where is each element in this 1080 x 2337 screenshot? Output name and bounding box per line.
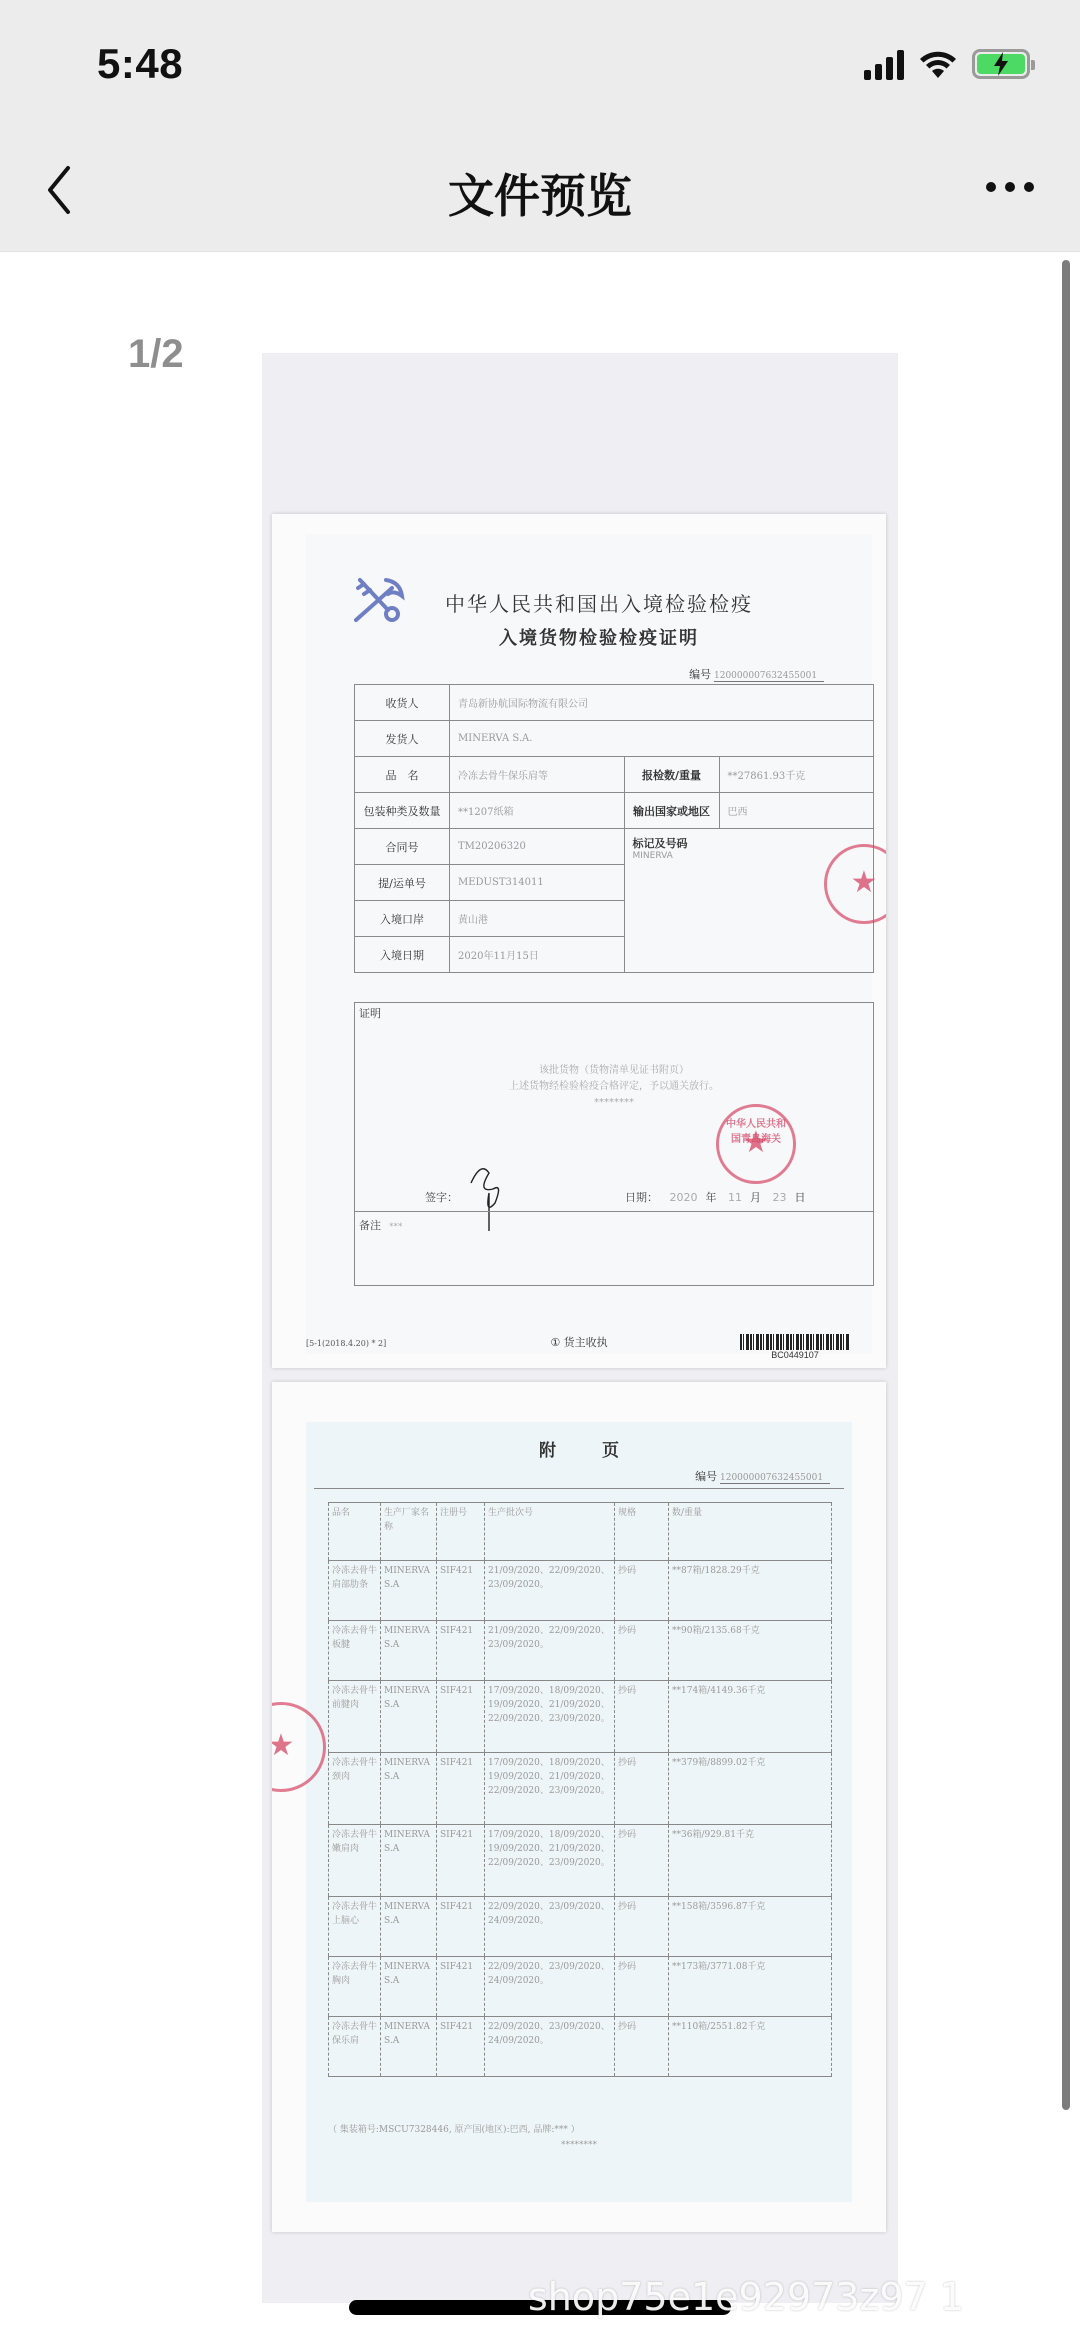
issue-date: 日期： 2020年 11月 23日 xyxy=(625,1189,806,1205)
column-header: 规格 xyxy=(615,1503,669,1561)
cell-batch: 22/09/2020、23/09/2020、24/09/2020。 xyxy=(485,1957,615,2017)
quantity-value: **27861.93千克 xyxy=(719,757,874,793)
cell-maker: MINERVA S.A xyxy=(381,1621,437,1681)
cell-name: 冷冻去骨牛颈肉 xyxy=(329,1753,381,1825)
column-header: 数/重量 xyxy=(669,1503,832,1561)
cell-name: 冷冻去骨牛保乐肩 xyxy=(329,2017,381,2077)
status-time: 5:48 xyxy=(97,40,183,88)
certificate-title-line2: 入境货物检验检疫证明 xyxy=(306,624,872,650)
cell-reg: SIF421 xyxy=(437,1957,485,2017)
official-stamp: 中华人民共和国青岛海关 ★ xyxy=(716,1104,796,1184)
wifi-icon xyxy=(918,48,958,80)
consignee-value: 青岛新协航国际物流有限公司 xyxy=(450,685,874,721)
vertical-scrollbar[interactable] xyxy=(1062,260,1070,2110)
table-row: 冷冻去骨牛胸肉MINERVA S.ASIF42122/09/2020、23/09… xyxy=(329,1957,832,2017)
cell-spec: 抄码 xyxy=(615,1957,669,2017)
cell-reg: SIF421 xyxy=(437,2017,485,2077)
signature-mark xyxy=(467,1153,507,1233)
cell-maker: MINERVA S.A xyxy=(381,1825,437,1897)
more-options-button[interactable] xyxy=(986,182,1034,192)
table-row: 冷冻去骨牛颈肉MINERVA S.ASIF42117/09/2020、18/09… xyxy=(329,1753,832,1825)
certification-box: 证明 该批货物（货物清单见证书附页） 上述货物经检验检疫合格评定，予以通关放行。… xyxy=(354,1002,874,1286)
cell-maker: MINERVA S.A xyxy=(381,1561,437,1621)
certificate-serial: 编号 120000007632455001 xyxy=(689,666,824,682)
cell-reg: SIF421 xyxy=(437,1561,485,1621)
cell-maker: MINERVA S.A xyxy=(381,1681,437,1753)
appendix-title: 附页 xyxy=(306,1436,852,1461)
cell-qty: **87箱/1828.29千克 xyxy=(669,1561,832,1621)
column-header: 生产批次号 xyxy=(485,1503,615,1561)
appendix-sheet: 附页 编号 120000007632455001 品名生产厂家名称注册号生产批次… xyxy=(306,1422,852,2202)
product-value: 冷冻去骨牛保乐肩等 xyxy=(450,757,625,793)
document-page-2: 附页 编号 120000007632455001 品名生产厂家名称注册号生产批次… xyxy=(272,1382,886,2232)
cell-batch: 21/09/2020、22/09/2020、23/09/2020。 xyxy=(485,1621,615,1681)
top-bar: 5:48 文件预览 xyxy=(0,0,1080,252)
bill-value: MEDUST314011 xyxy=(450,865,625,901)
cell-qty: **173箱/3771.08千克 xyxy=(669,1957,832,2017)
table-row: 冷冻去骨牛板腱MINERVA S.ASIF42121/09/2020、22/09… xyxy=(329,1621,832,1681)
cell-name: 冷冻去骨牛上脑心 xyxy=(329,1897,381,1957)
barcode-icon xyxy=(740,1334,850,1350)
cell-reg: SIF421 xyxy=(437,1621,485,1681)
cell-maker: MINERVA S.A xyxy=(381,1957,437,2017)
official-stamp-partial: ★ xyxy=(236,1702,326,1792)
table-row: 冷冻去骨牛保乐肩MINERVA S.ASIF42122/09/2020、23/0… xyxy=(329,2017,832,2077)
appendix-serial: 编号 120000007632455001 xyxy=(695,1468,830,1484)
packaging-value: **1207纸箱 xyxy=(450,793,625,829)
cell-maker: MINERVA S.A xyxy=(381,1897,437,1957)
cell-spec: 抄码 xyxy=(615,1561,669,1621)
cellular-signal-icon xyxy=(864,48,904,80)
battery-charging-icon xyxy=(972,49,1030,79)
page-indicator: 1/2 xyxy=(128,332,184,377)
cell-qty: **36箱/929.81千克 xyxy=(669,1825,832,1897)
cell-maker: MINERVA S.A xyxy=(381,2017,437,2077)
cell-spec: 抄码 xyxy=(615,1897,669,1957)
cell-reg: SIF421 xyxy=(437,1897,485,1957)
cell-name: 冷冻去骨牛板腱 xyxy=(329,1621,381,1681)
port-value: 黄山港 xyxy=(450,901,625,937)
more-horizontal-icon xyxy=(986,182,996,192)
cell-qty: **110箱/2551.82千克 xyxy=(669,2017,832,2077)
star-icon: ★ xyxy=(268,1728,295,1763)
cell-qty: **174箱/4149.36千克 xyxy=(669,1681,832,1753)
cell-batch: 22/09/2020、23/09/2020、24/09/2020。 xyxy=(485,1897,615,1957)
certificate-title-line1: 中华人民共和国出入境检验检疫 xyxy=(306,588,872,617)
cell-reg: SIF421 xyxy=(437,1681,485,1753)
contract-value: TM20206320 xyxy=(450,829,625,865)
cell-spec: 抄码 xyxy=(615,1753,669,1825)
column-header: 品名 xyxy=(329,1503,381,1561)
certification-text: 该批货物（货物清单见证书附页） 上述货物经检验检疫合格评定，予以通关放行。 **… xyxy=(355,1063,873,1111)
cell-batch: 22/09/2020、23/09/2020、24/09/2020。 xyxy=(485,2017,615,2077)
appendix-note: （ 集装箱号:MSCU7328446, 原产国(地区):巴西, 品牌:*** ） xyxy=(328,2122,580,2135)
certificate-sheet: 中华人民共和国出入境检验检疫 入境货物检验检疫证明 编号 12000000763… xyxy=(306,534,872,1354)
column-header: 生产厂家名称 xyxy=(381,1503,437,1561)
page-title: 文件预览 xyxy=(0,160,1080,226)
cell-reg: SIF421 xyxy=(437,1753,485,1825)
entry-date-value: 2020年11月15日 xyxy=(450,937,625,973)
cell-batch: 17/09/2020、18/09/2020、19/09/2020、21/09/2… xyxy=(485,1825,615,1897)
table-row: 冷冻去骨牛前腱肉MINERVA S.ASIF42117/09/2020、18/0… xyxy=(329,1681,832,1753)
signature-label: 签字： xyxy=(425,1189,458,1205)
watermark-text: shop75e1e92973z97 1 xyxy=(528,2275,964,2319)
cell-name: 冷冻去骨牛胸肉 xyxy=(329,1957,381,2017)
cell-qty: **379箱/8899.02千克 xyxy=(669,1753,832,1825)
remark: 备注*** xyxy=(359,1217,403,1233)
appendix-table: 品名生产厂家名称注册号生产批次号规格数/重量 冷冻去骨牛肩部肋条MINERVA … xyxy=(328,1502,832,2077)
origin-value: 巴西 xyxy=(719,793,874,829)
status-icons xyxy=(864,48,1030,80)
certificate-table: 收货人 青岛新协航国际物流有限公司 发货人 MINERVA S.A. 品 名 冷… xyxy=(354,684,874,973)
table-row: 冷冻去骨牛嫩肩肉MINERVA S.ASIF42117/09/2020、18/0… xyxy=(329,1825,832,1897)
cell-spec: 抄码 xyxy=(615,1681,669,1753)
barcode: BC0449107 xyxy=(740,1334,850,1360)
cell-name: 冷冻去骨牛前腱肉 xyxy=(329,1681,381,1753)
cell-maker: MINERVA S.A xyxy=(381,1753,437,1825)
cell-reg: SIF421 xyxy=(437,1825,485,1897)
star-icon: ★ xyxy=(743,1125,770,1160)
column-header: 注册号 xyxy=(437,1503,485,1561)
cell-spec: 抄码 xyxy=(615,1621,669,1681)
cell-qty: **158箱/3596.87千克 xyxy=(669,1897,832,1957)
table-row: 冷冻去骨牛肩部肋条MINERVA S.ASIF42121/09/2020、22/… xyxy=(329,1561,832,1621)
cell-name: 冷冻去骨牛嫩肩肉 xyxy=(329,1825,381,1897)
cell-spec: 抄码 xyxy=(615,1825,669,1897)
cell-name: 冷冻去骨牛肩部肋条 xyxy=(329,1561,381,1621)
cell-batch: 17/09/2020、18/09/2020、19/09/2020、21/09/2… xyxy=(485,1681,615,1753)
document-page-1: 中华人民共和国出入境检验检疫 入境货物检验检疫证明 编号 12000000763… xyxy=(272,514,886,1368)
cell-qty: **90箱/2135.68千克 xyxy=(669,1621,832,1681)
appendix-stars: ******** xyxy=(306,2140,852,2150)
cell-batch: 21/09/2020、22/09/2020、23/09/2020。 xyxy=(485,1561,615,1621)
table-row: 冷冻去骨牛上脑心MINERVA S.ASIF42122/09/2020、23/0… xyxy=(329,1897,832,1957)
star-icon: ★ xyxy=(851,865,878,900)
cell-batch: 17/09/2020、18/09/2020、19/09/2020、21/09/2… xyxy=(485,1753,615,1825)
cell-spec: 抄码 xyxy=(615,2017,669,2077)
consignor-value: MINERVA S.A. xyxy=(450,721,874,757)
